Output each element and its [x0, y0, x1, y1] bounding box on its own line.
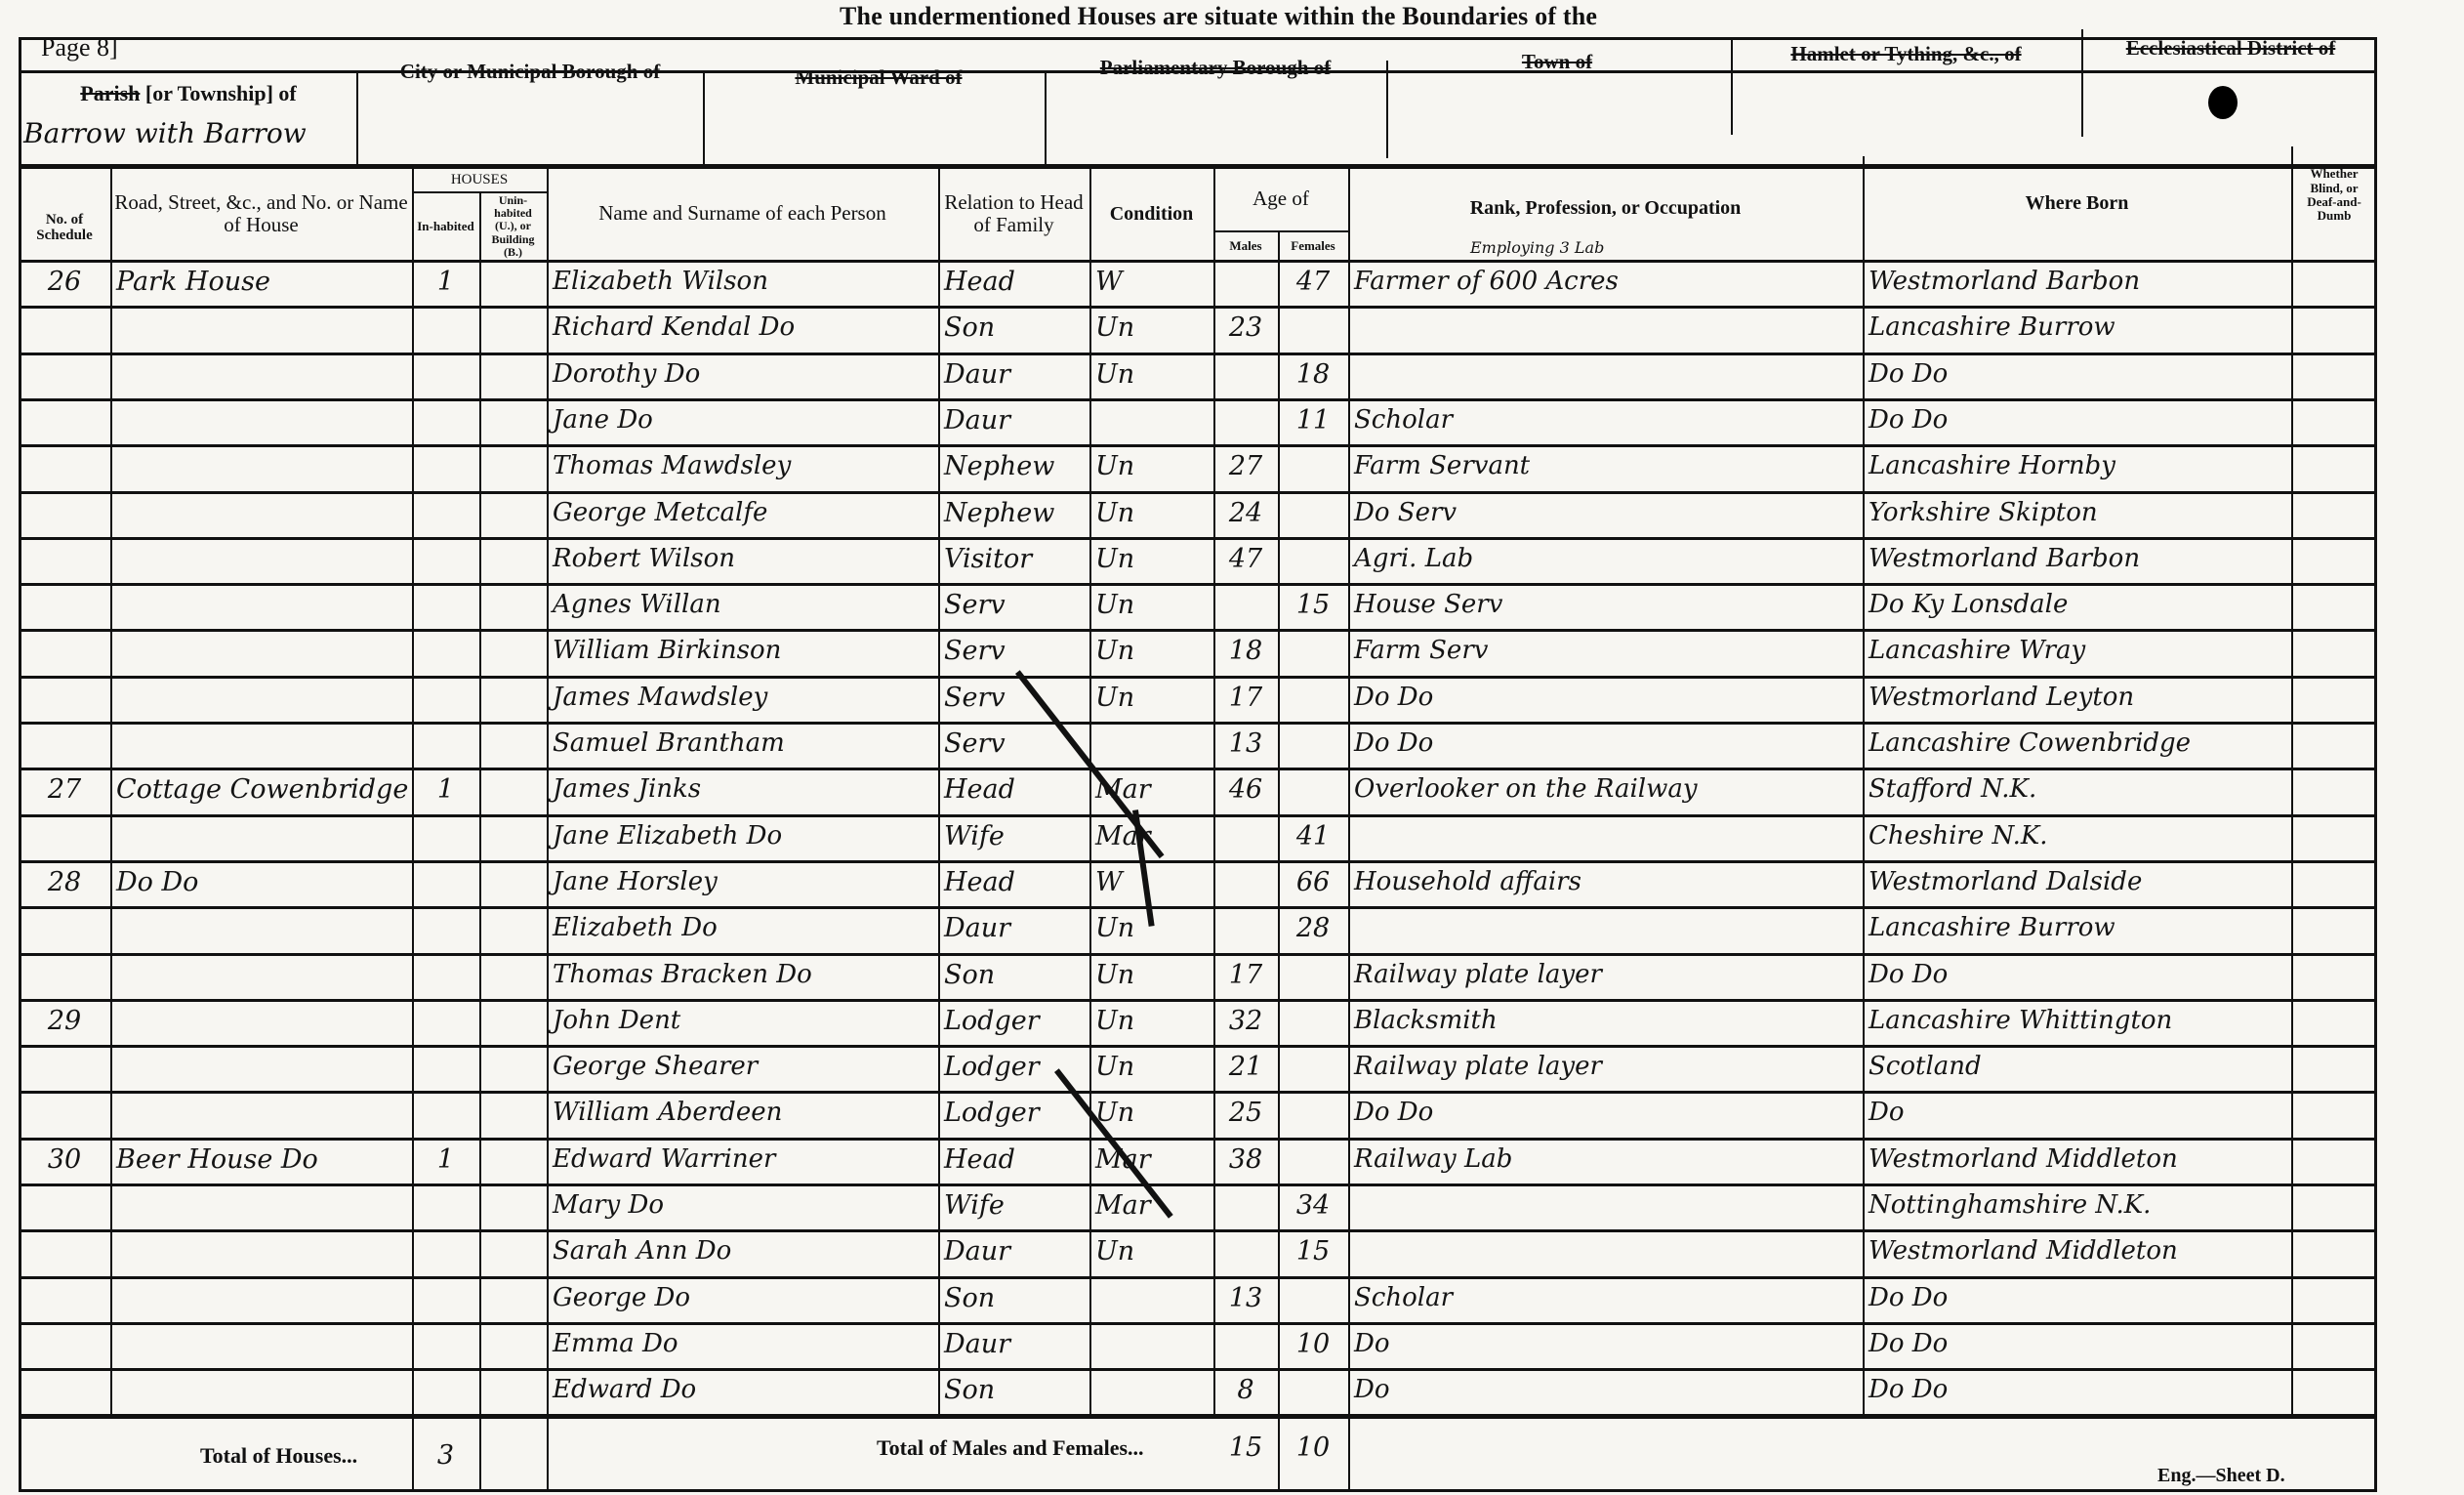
- cell-female-age: [1278, 1089, 1348, 1135]
- cell-blind: [2291, 304, 2377, 350]
- totals-top-line: [19, 1414, 2377, 1419]
- cell-condition: Un: [1089, 489, 1213, 535]
- cell-schedule: [19, 351, 110, 396]
- cell-name: George Do: [547, 1274, 938, 1320]
- col-header-road: Road, Street, &c., and No. or Name of Ho…: [110, 168, 412, 260]
- header-field-divider: [2081, 29, 2083, 137]
- cell-uninhabited: [479, 904, 547, 950]
- cell-schedule: [19, 1366, 110, 1412]
- cell-occupation: Do Serv: [1348, 489, 1863, 535]
- cell-schedule: [19, 581, 110, 627]
- cell-name: Elizabeth Do: [547, 904, 938, 950]
- cell-road: [110, 951, 412, 997]
- cell-where-born: Lancashire Cowenbridge: [1863, 720, 2291, 766]
- header-field-divider: [356, 70, 358, 168]
- cell-blind: [2291, 1043, 2377, 1089]
- cell-name: George Metcalfe: [547, 489, 938, 535]
- col-header-relation: Relation to Head of Family: [938, 168, 1089, 260]
- cell-name: Jane Elizabeth Do: [547, 812, 938, 858]
- cell-uninhabited: [479, 258, 547, 304]
- cell-road: [110, 535, 412, 581]
- cell-occupation: Household affairs: [1348, 858, 1863, 904]
- cell-female-age: [1278, 1366, 1348, 1412]
- cell-male-age: [1213, 1320, 1278, 1366]
- cell-occupation: Agri. Lab: [1348, 535, 1863, 581]
- cell-where-born: Westmorland Dalside: [1863, 858, 2291, 904]
- header-field-divider: [703, 70, 705, 168]
- cell-blind: [2291, 1227, 2377, 1273]
- cell-uninhabited: [479, 997, 547, 1043]
- cell-road: [110, 1227, 412, 1273]
- cell-female-age: 66: [1278, 858, 1348, 904]
- header-field-divider: [1386, 61, 1388, 158]
- cell-schedule: 28: [19, 858, 110, 904]
- cell-condition: Un: [1089, 442, 1213, 488]
- cell-blind: [2291, 674, 2377, 720]
- cell-occupation: [1348, 904, 1863, 950]
- cell-inhabited: [412, 627, 479, 673]
- cell-inhabited: [412, 997, 479, 1043]
- cell-road: Do Do: [110, 858, 412, 904]
- cell-female-age: 15: [1278, 1227, 1348, 1273]
- cell-female-age: [1278, 766, 1348, 811]
- cell-relation: Head: [938, 766, 1089, 811]
- cell-name: Dorothy Do: [547, 351, 938, 396]
- total-males-value: 15: [1213, 1424, 1278, 1472]
- cell-female-age: 28: [1278, 904, 1348, 950]
- cell-male-age: 13: [1213, 720, 1278, 766]
- cell-male-age: [1213, 812, 1278, 858]
- cell-name: William Aberdeen: [547, 1089, 938, 1135]
- cell-relation: Nephew: [938, 442, 1089, 488]
- cell-condition: Un: [1089, 674, 1213, 720]
- header-field-parish: Parish [or Township] of: [27, 82, 349, 104]
- cell-uninhabited: [479, 1227, 547, 1273]
- cell-schedule: [19, 304, 110, 350]
- cell-inhabited: [412, 1366, 479, 1412]
- cell-occupation: House Serv: [1348, 581, 1863, 627]
- cell-inhabited: 1: [412, 766, 479, 811]
- cell-condition: [1089, 1320, 1213, 1366]
- col-header-name: Name and Surname of each Person: [547, 168, 938, 260]
- cell-name: Edward Warriner: [547, 1136, 938, 1182]
- cell-occupation: Scholar: [1348, 1274, 1863, 1320]
- cell-relation: Daur: [938, 904, 1089, 950]
- cell-relation: Daur: [938, 1227, 1089, 1273]
- cell-road: [110, 1043, 412, 1089]
- cell-male-age: [1213, 396, 1278, 442]
- cell-road: [110, 489, 412, 535]
- cell-female-age: 47: [1278, 258, 1348, 304]
- cell-male-age: 13: [1213, 1274, 1278, 1320]
- cell-schedule: 30: [19, 1136, 110, 1182]
- cell-uninhabited: [479, 1320, 547, 1366]
- cell-schedule: 29: [19, 997, 110, 1043]
- cell-uninhabited: [479, 812, 547, 858]
- cell-relation: Wife: [938, 1182, 1089, 1227]
- cell-female-age: 11: [1278, 396, 1348, 442]
- cell-blind: [2291, 812, 2377, 858]
- cell-road: [110, 812, 412, 858]
- cell-uninhabited: [479, 1089, 547, 1135]
- cell-condition: Un: [1089, 535, 1213, 581]
- cell-road: [110, 997, 412, 1043]
- col-header-schedule: No. of Schedule: [19, 195, 110, 260]
- header-field-hamlet: Hamlet or Tything, &c., of: [1738, 43, 2074, 64]
- cell-female-age: [1278, 489, 1348, 535]
- page-label: Page 8]: [41, 33, 118, 62]
- cell-relation: Lodger: [938, 997, 1089, 1043]
- cell-occupation: [1348, 304, 1863, 350]
- cell-occupation: Railway plate layer: [1348, 951, 1863, 997]
- cell-blind: [2291, 396, 2377, 442]
- cell-road: [110, 1366, 412, 1412]
- cell-female-age: [1278, 997, 1348, 1043]
- cell-male-age: 18: [1213, 627, 1278, 673]
- cell-where-born: Westmorland Middleton: [1863, 1136, 2291, 1182]
- cell-relation: Serv: [938, 674, 1089, 720]
- cell-schedule: [19, 489, 110, 535]
- cell-name: Emma Do: [547, 1320, 938, 1366]
- cell-road: [110, 442, 412, 488]
- total-persons-label: Total of Males and Females...: [877, 1435, 1144, 1461]
- cell-condition: W: [1089, 258, 1213, 304]
- cell-name: Thomas Bracken Do: [547, 951, 938, 997]
- cell-blind: [2291, 258, 2377, 304]
- ink-blot: [2208, 86, 2238, 119]
- cell-schedule: [19, 1227, 110, 1273]
- cell-name: Elizabeth Wilson: [547, 258, 938, 304]
- cell-where-born: Westmorland Barbon: [1863, 535, 2291, 581]
- cell-condition: W: [1089, 858, 1213, 904]
- col-header-inhabited: In-habited: [412, 193, 479, 260]
- cell-road: Park House: [110, 258, 412, 304]
- cell-uninhabited: [479, 442, 547, 488]
- cell-male-age: 24: [1213, 489, 1278, 535]
- header-field-parliamentary-borough: Parliamentary Borough of: [1054, 57, 1376, 78]
- cell-schedule: [19, 904, 110, 950]
- cell-inhabited: [412, 1274, 479, 1320]
- cell-relation: Daur: [938, 1320, 1089, 1366]
- cell-inhabited: [412, 1089, 479, 1135]
- cell-name: Jane Do: [547, 396, 938, 442]
- cell-where-born: Westmorland Barbon: [1863, 258, 2291, 304]
- cell-where-born: Do Do: [1863, 951, 2291, 997]
- col-header-uninhabited: Unin-habited (U.), or Building (B.): [479, 193, 547, 260]
- cell-condition: Mar: [1089, 812, 1213, 858]
- cell-blind: [2291, 1366, 2377, 1412]
- cell-schedule: [19, 396, 110, 442]
- cell-inhabited: [412, 674, 479, 720]
- cell-male-age: [1213, 858, 1278, 904]
- col-header-females: Females: [1278, 232, 1348, 260]
- cell-female-age: [1278, 1274, 1348, 1320]
- cell-occupation-note: Employing 3 Lab: [1464, 238, 1604, 258]
- cell-where-born: Scotland: [1863, 1043, 2291, 1089]
- cell-where-born: Cheshire N.K.: [1863, 812, 2291, 858]
- cell-female-age: [1278, 535, 1348, 581]
- cell-blind: [2291, 627, 2377, 673]
- cell-road: [110, 1320, 412, 1366]
- cell-schedule: [19, 812, 110, 858]
- col-header-blind: Whether Blind, or Deaf-and-Dumb: [2291, 146, 2377, 244]
- cell-male-age: [1213, 1227, 1278, 1273]
- cell-female-age: [1278, 304, 1348, 350]
- cell-where-born: Lancashire Whittington: [1863, 997, 2291, 1043]
- cell-inhabited: [412, 304, 479, 350]
- cell-relation: Serv: [938, 720, 1089, 766]
- cell-road: Beer House Do: [110, 1136, 412, 1182]
- cell-where-born: Westmorland Leyton: [1863, 674, 2291, 720]
- col-header-occupation: Rank, Profession, or Occupation: [1348, 156, 1863, 260]
- cell-road: [110, 627, 412, 673]
- header-field-municipal-ward: Municipal Ward of: [718, 66, 1040, 88]
- cell-schedule: [19, 1089, 110, 1135]
- cell-uninhabited: [479, 396, 547, 442]
- cell-occupation: Do Do: [1348, 674, 1863, 720]
- cell-condition: Un: [1089, 304, 1213, 350]
- cell-schedule: 27: [19, 766, 110, 811]
- cell-male-age: [1213, 258, 1278, 304]
- col-header-age: Age of: [1213, 168, 1348, 230]
- cell-name: Thomas Mawdsley: [547, 442, 938, 488]
- cell-schedule: 26: [19, 258, 110, 304]
- cell-blind: [2291, 997, 2377, 1043]
- cell-blind: [2291, 858, 2377, 904]
- cell-schedule: [19, 442, 110, 488]
- cell-uninhabited: [479, 627, 547, 673]
- cell-where-born: Do: [1863, 1089, 2291, 1135]
- cell-uninhabited: [479, 951, 547, 997]
- cell-where-born: Do Ky Lonsdale: [1863, 581, 2291, 627]
- cell-blind: [2291, 442, 2377, 488]
- cell-uninhabited: [479, 489, 547, 535]
- cell-schedule: [19, 1320, 110, 1366]
- cell-inhabited: [412, 581, 479, 627]
- cell-relation: Daur: [938, 351, 1089, 396]
- cell-occupation: Farm Serv: [1348, 627, 1863, 673]
- cell-name: William Birkinson: [547, 627, 938, 673]
- cell-name: Jane Horsley: [547, 858, 938, 904]
- cell-female-age: [1278, 1043, 1348, 1089]
- cell-condition: Un: [1089, 351, 1213, 396]
- cell-blind: [2291, 581, 2377, 627]
- cell-condition: Mar: [1089, 1136, 1213, 1182]
- cell-male-age: 27: [1213, 442, 1278, 488]
- total-houses-value: 3: [412, 1432, 479, 1479]
- cell-blind: [2291, 766, 2377, 811]
- cell-inhabited: [412, 1227, 479, 1273]
- cell-relation: Head: [938, 258, 1089, 304]
- cell-road: Cottage Cowenbridge: [110, 766, 412, 811]
- cell-relation: Daur: [938, 396, 1089, 442]
- cell-condition: Un: [1089, 627, 1213, 673]
- cell-female-age: 34: [1278, 1182, 1348, 1227]
- cell-occupation: Do: [1348, 1320, 1863, 1366]
- cell-occupation: Railway plate layer: [1348, 1043, 1863, 1089]
- cell-occupation: [1348, 351, 1863, 396]
- cell-relation: Serv: [938, 627, 1089, 673]
- cell-name: Edward Do: [547, 1366, 938, 1412]
- cell-relation: Wife: [938, 812, 1089, 858]
- cell-inhabited: 1: [412, 1136, 479, 1182]
- cell-uninhabited: [479, 720, 547, 766]
- cell-relation: Son: [938, 304, 1089, 350]
- cell-road: [110, 904, 412, 950]
- cell-condition: Un: [1089, 951, 1213, 997]
- col-header-where-born: Where Born: [1863, 146, 2291, 260]
- cell-relation: Son: [938, 1366, 1089, 1412]
- cell-male-age: 17: [1213, 951, 1278, 997]
- header-field-parish-value: Barrow with Barrow: [23, 117, 307, 149]
- cell-road: [110, 351, 412, 396]
- cell-road: [110, 720, 412, 766]
- cell-name: George Shearer: [547, 1043, 938, 1089]
- cell-male-age: 17: [1213, 674, 1278, 720]
- header-field-town: Town of: [1396, 51, 1718, 72]
- cell-occupation: [1348, 1227, 1863, 1273]
- header-field-parish-struck: Parish: [80, 81, 140, 105]
- col-header-houses: HOUSES: [412, 168, 547, 191]
- cell-schedule: [19, 1274, 110, 1320]
- cell-relation: Nephew: [938, 489, 1089, 535]
- cell-name: Sarah Ann Do: [547, 1227, 938, 1273]
- cell-female-age: [1278, 951, 1348, 997]
- cell-female-age: 15: [1278, 581, 1348, 627]
- cell-male-age: 47: [1213, 535, 1278, 581]
- cell-uninhabited: [479, 1182, 547, 1227]
- cell-inhabited: [412, 720, 479, 766]
- cell-where-born: Lancashire Burrow: [1863, 904, 2291, 950]
- cell-relation: Head: [938, 858, 1089, 904]
- cell-blind: [2291, 489, 2377, 535]
- cell-uninhabited: [479, 1274, 547, 1320]
- cell-relation: Son: [938, 1274, 1089, 1320]
- cell-road: [110, 581, 412, 627]
- cell-road: [110, 1089, 412, 1135]
- cell-blind: [2291, 720, 2377, 766]
- cell-male-age: [1213, 581, 1278, 627]
- cell-occupation: Do Do: [1348, 720, 1863, 766]
- cell-where-born: Do Do: [1863, 1366, 2291, 1412]
- cell-occupation: Farm Servant: [1348, 442, 1863, 488]
- cell-blind: [2291, 1182, 2377, 1227]
- cell-condition: [1089, 1274, 1213, 1320]
- cell-inhabited: [412, 489, 479, 535]
- cell-uninhabited: [479, 766, 547, 811]
- cell-inhabited: [412, 1182, 479, 1227]
- cell-road: [110, 1182, 412, 1227]
- cell-occupation: Scholar: [1348, 396, 1863, 442]
- cell-female-age: [1278, 674, 1348, 720]
- cell-male-age: 46: [1213, 766, 1278, 811]
- cell-occupation: Overlooker on the Railway: [1348, 766, 1863, 811]
- header-field-divider: [1045, 70, 1047, 168]
- cell-relation: Serv: [938, 581, 1089, 627]
- cell-uninhabited: [479, 304, 547, 350]
- cell-where-born: Westmorland Middleton: [1863, 1227, 2291, 1273]
- total-houses-label: Total of Houses...: [200, 1443, 357, 1469]
- cell-condition: Un: [1089, 1227, 1213, 1273]
- cell-condition: Un: [1089, 997, 1213, 1043]
- cell-female-age: [1278, 1136, 1348, 1182]
- cell-inhabited: [412, 535, 479, 581]
- cell-blind: [2291, 351, 2377, 396]
- cell-occupation: [1348, 1182, 1863, 1227]
- cell-condition: Un: [1089, 1089, 1213, 1135]
- cell-relation: Son: [938, 951, 1089, 997]
- cell-schedule: [19, 627, 110, 673]
- cell-inhabited: [412, 1320, 479, 1366]
- cell-schedule: [19, 1182, 110, 1227]
- cell-inhabited: [412, 858, 479, 904]
- cell-uninhabited: [479, 351, 547, 396]
- cell-condition: Un: [1089, 581, 1213, 627]
- cell-inhabited: [412, 1043, 479, 1089]
- cell-uninhabited: [479, 581, 547, 627]
- cell-inhabited: [412, 812, 479, 858]
- cell-name: Agnes Willan: [547, 581, 938, 627]
- document-title: The undermentioned Houses are situate wi…: [840, 2, 1597, 31]
- cell-where-born: Lancashire Burrow: [1863, 304, 2291, 350]
- header-field-municipal-borough: City or Municipal Borough of: [369, 61, 691, 82]
- cell-condition: Un: [1089, 1043, 1213, 1089]
- cell-road: [110, 304, 412, 350]
- header-field-parish-label: [or Township] of: [145, 81, 297, 105]
- cell-occupation: [1348, 812, 1863, 858]
- cell-uninhabited: [479, 1136, 547, 1182]
- cell-male-age: 8: [1213, 1366, 1278, 1412]
- cell-condition: [1089, 720, 1213, 766]
- cell-where-born: Yorkshire Skipton: [1863, 489, 2291, 535]
- cell-male-age: [1213, 904, 1278, 950]
- cell-occupation: Farmer of 600 Acres: [1348, 258, 1863, 304]
- cell-inhabited: 1: [412, 258, 479, 304]
- cell-name: James Mawdsley: [547, 674, 938, 720]
- cell-road: [110, 1274, 412, 1320]
- col-header-males: Males: [1213, 232, 1278, 260]
- cell-name: Mary Do: [547, 1182, 938, 1227]
- cell-schedule: [19, 1043, 110, 1089]
- sheet-footer: Eng.—Sheet D.: [2157, 1465, 2285, 1487]
- cell-uninhabited: [479, 1366, 547, 1412]
- cell-female-age: [1278, 442, 1348, 488]
- cell-relation: Head: [938, 1136, 1089, 1182]
- cell-schedule: [19, 674, 110, 720]
- cell-name: James Jinks: [547, 766, 938, 811]
- header-field-divider: [1731, 37, 1733, 135]
- cell-relation: Visitor: [938, 535, 1089, 581]
- cell-occupation: Do Do: [1348, 1089, 1863, 1135]
- cell-where-born: Do Do: [1863, 351, 2291, 396]
- cell-blind: [2291, 904, 2377, 950]
- cell-uninhabited: [479, 674, 547, 720]
- cell-blind: [2291, 535, 2377, 581]
- cell-male-age: [1213, 1182, 1278, 1227]
- cell-male-age: 38: [1213, 1136, 1278, 1182]
- cell-name: John Dent: [547, 997, 938, 1043]
- cell-condition: [1089, 396, 1213, 442]
- cell-name: Richard Kendal Do: [547, 304, 938, 350]
- cell-relation: Lodger: [938, 1089, 1089, 1135]
- cell-inhabited: [412, 904, 479, 950]
- cell-female-age: [1278, 627, 1348, 673]
- cell-where-born: Nottinghamshire N.K.: [1863, 1182, 2291, 1227]
- cell-male-age: [1213, 351, 1278, 396]
- cell-blind: [2291, 1136, 2377, 1182]
- cell-male-age: 21: [1213, 1043, 1278, 1089]
- cell-uninhabited: [479, 858, 547, 904]
